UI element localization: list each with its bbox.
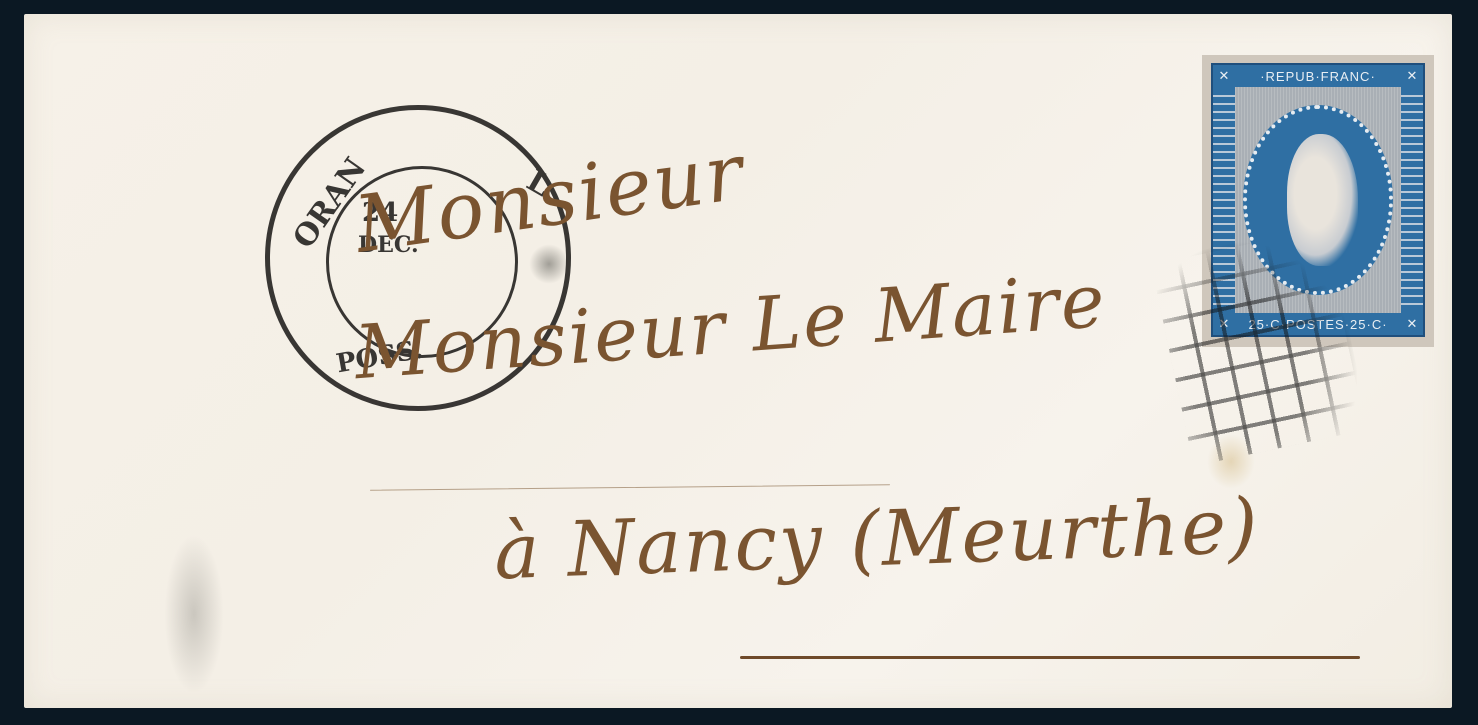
envelope-cover: ORAN 24 DEC. POSS. L Monsieur Monsieur L… xyxy=(24,14,1452,708)
greek-key-border-right xyxy=(1401,89,1423,311)
stamp-top-inscription: ·REPUB·FRANC· xyxy=(1213,65,1423,87)
ink-smudge xyxy=(164,534,224,694)
underline-flourish xyxy=(740,656,1360,659)
cross-icon: ✕ xyxy=(1213,65,1235,87)
guide-line xyxy=(370,484,890,490)
cross-icon: ✕ xyxy=(1401,65,1423,87)
address-line-3: à Nancy (Meurthe) xyxy=(493,481,1261,597)
cross-icon: ✕ xyxy=(1401,313,1423,335)
